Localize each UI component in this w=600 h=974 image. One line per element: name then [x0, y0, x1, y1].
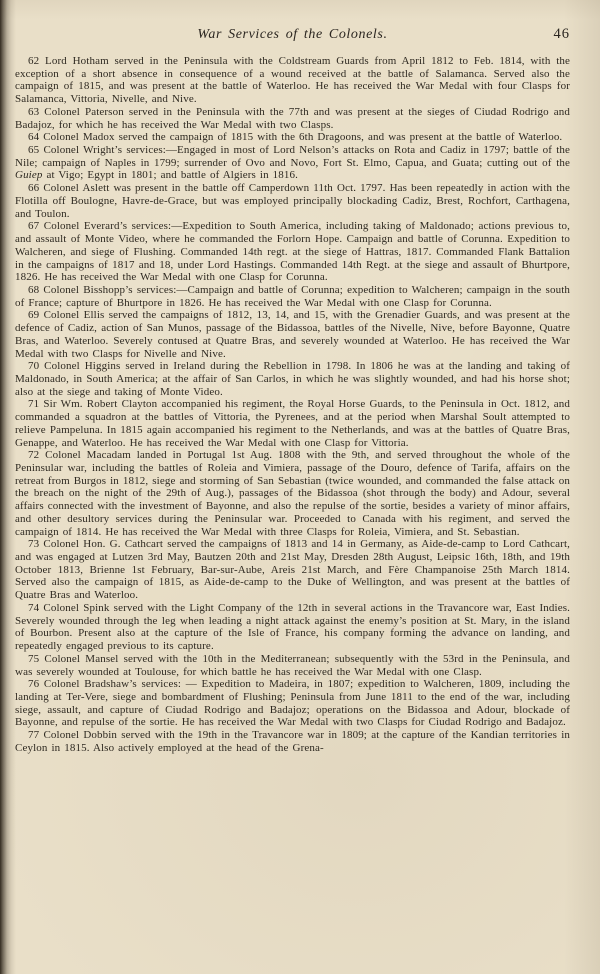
paragraph-70: 70 Colonel Higgins served in Ireland dur… — [15, 360, 570, 398]
page-gutter-shadow — [0, 0, 16, 974]
paragraph-66: 66 Colonel Aslett was present in the bat… — [15, 182, 570, 220]
page-number: 46 — [554, 26, 571, 43]
paragraph-65: 65 Colonel Wright’s services:—Engaged in… — [15, 144, 570, 182]
paragraph-72: 72 Colonel Macadam landed in Portugal 1s… — [15, 449, 570, 538]
paragraph-75: 75 Colonel Mansel served with the 10th i… — [15, 653, 570, 678]
paragraph-64: 64 Colonel Madox served the campaign of … — [15, 131, 570, 144]
book-page: War Services of the Colonels. 46 62 Lord… — [0, 0, 600, 974]
paragraph-65-text-before: 65 Colonel Wright’s services:—Engaged in… — [15, 144, 570, 169]
paragraph-74: 74 Colonel Spink served with the Light C… — [15, 602, 570, 653]
paragraph-63: 63 Colonel Paterson served in the Penins… — [15, 106, 570, 131]
page-header: War Services of the Colonels. 46 — [15, 27, 570, 45]
paragraph-69: 69 Colonel Ellis served the campaigns of… — [15, 309, 570, 360]
paragraph-76: 76 Colonel Bradshaw’s services: — Expedi… — [15, 678, 570, 729]
page-body: 62 Lord Hotham served in the Peninsula w… — [15, 55, 570, 755]
paragraph-73: 73 Colonel Hon. G. Cathcart served the c… — [15, 538, 570, 602]
paragraph-65-text-after: at Vigo; Egypt in 1801; and battle of Al… — [42, 169, 298, 181]
paragraph-65-italic-ship-name: Guiep — [15, 169, 42, 181]
paragraph-77: 77 Colonel Dobbin served with the 19th i… — [15, 729, 570, 754]
page-title: War Services of the Colonels. — [15, 27, 570, 43]
paragraph-67: 67 Colonel Everard’s services:—Expeditio… — [15, 220, 570, 284]
paragraph-71: 71 Sir Wm. Robert Clayton accompanied hi… — [15, 398, 570, 449]
paragraph-62: 62 Lord Hotham served in the Peninsula w… — [15, 55, 570, 106]
paragraph-68: 68 Colonel Bisshopp’s services:—Campaign… — [15, 284, 570, 309]
